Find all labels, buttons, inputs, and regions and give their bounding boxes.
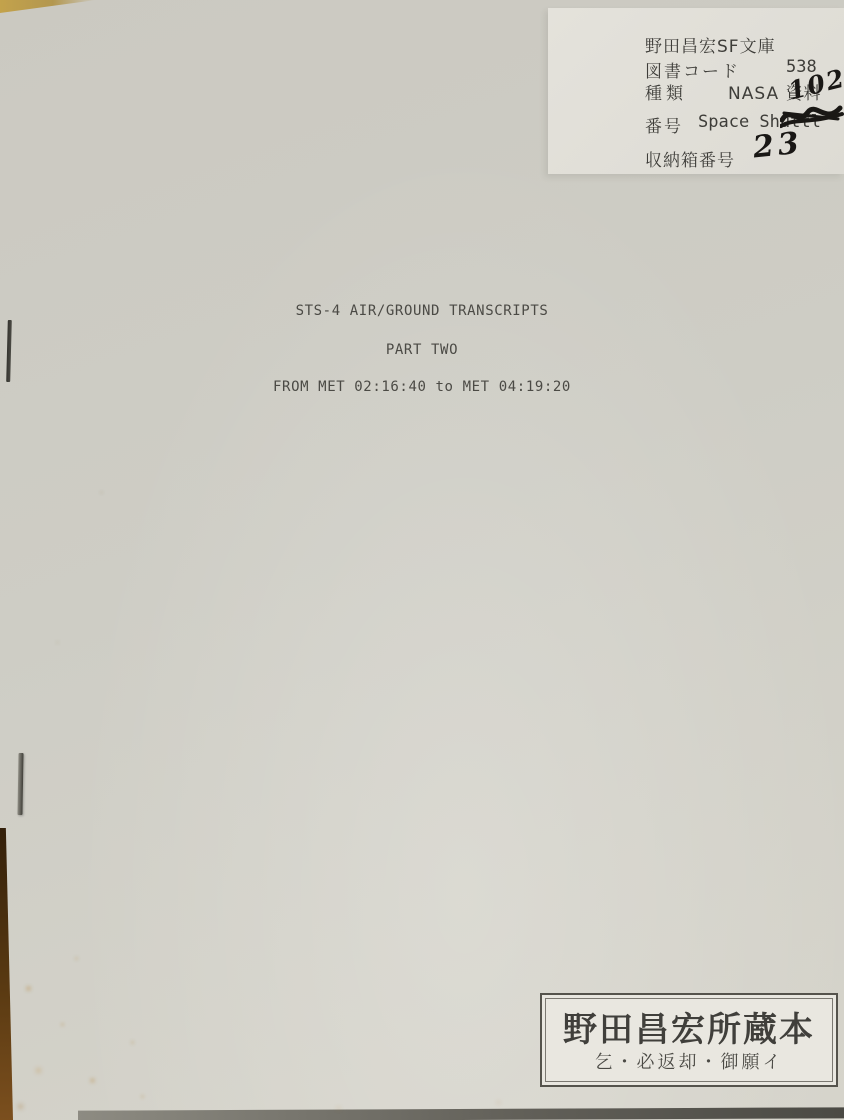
bleedthrough-paragraph: CAPCOM That's correct Henry. And Columbi… <box>128 205 728 341</box>
staple-top <box>6 320 12 382</box>
scribble-mark <box>780 100 844 136</box>
label-storage-label: 収納箱番号 <box>645 146 735 171</box>
bleedthrough-paragraph: SPACECRAFT Okay. We'll see you then. <box>128 507 728 524</box>
corner-wedge <box>0 0 96 13</box>
stamp-request-text: 乞・必返却・御願イ <box>542 1048 836 1074</box>
cover-title: STS-4 AIR/GROUND TRANSCRIPTS <box>0 303 844 319</box>
bottom-page-edge <box>78 1107 844 1120</box>
document-photo: STS-4 AIR/GROUND TRANSCRIPT t1133 6/30/8… <box>0 0 844 1120</box>
staple-bottom <box>17 753 23 815</box>
label-number-label: 番号 <box>645 112 683 137</box>
cover-part-label: PART TWO <box>0 342 844 358</box>
stamp-owner-text: 野田昌宏所蔵本 <box>542 1002 836 1051</box>
bleedthrough-paragraph: SPACECRAFT Okay. Thank you Lewis. <box>128 359 728 376</box>
library-label: 野田昌宏SF文庫 図書コード 538 種類 NASA 資料 番号 Space S… <box>548 8 844 174</box>
bleedthrough-paragraph: PAO This is Shuttle Control. We've got a… <box>128 388 728 439</box>
bleedthrough-paragraph: PAO This is Shuttle Control. Columbia ha… <box>128 541 728 881</box>
cover-met-range: FROM MET 02:16:40 to MET 04:19:20 <box>0 379 844 395</box>
left-page-edge <box>0 828 13 1120</box>
foxing-stains <box>0 0 1 1</box>
bleedthrough-paragraph: PAO This is Shuttle Control at 2 days, 1… <box>128 888 728 939</box>
label-category-label: 種類 <box>645 79 687 104</box>
label-owner-line: 野田昌宏SF文庫 <box>645 32 776 57</box>
bleedthrough-paragraph: CAPCOM Columbia, Houston, we're going LO… <box>128 456 728 490</box>
ownership-stamp: 野田昌宏所蔵本 乞・必返却・御願イ <box>540 993 838 1087</box>
